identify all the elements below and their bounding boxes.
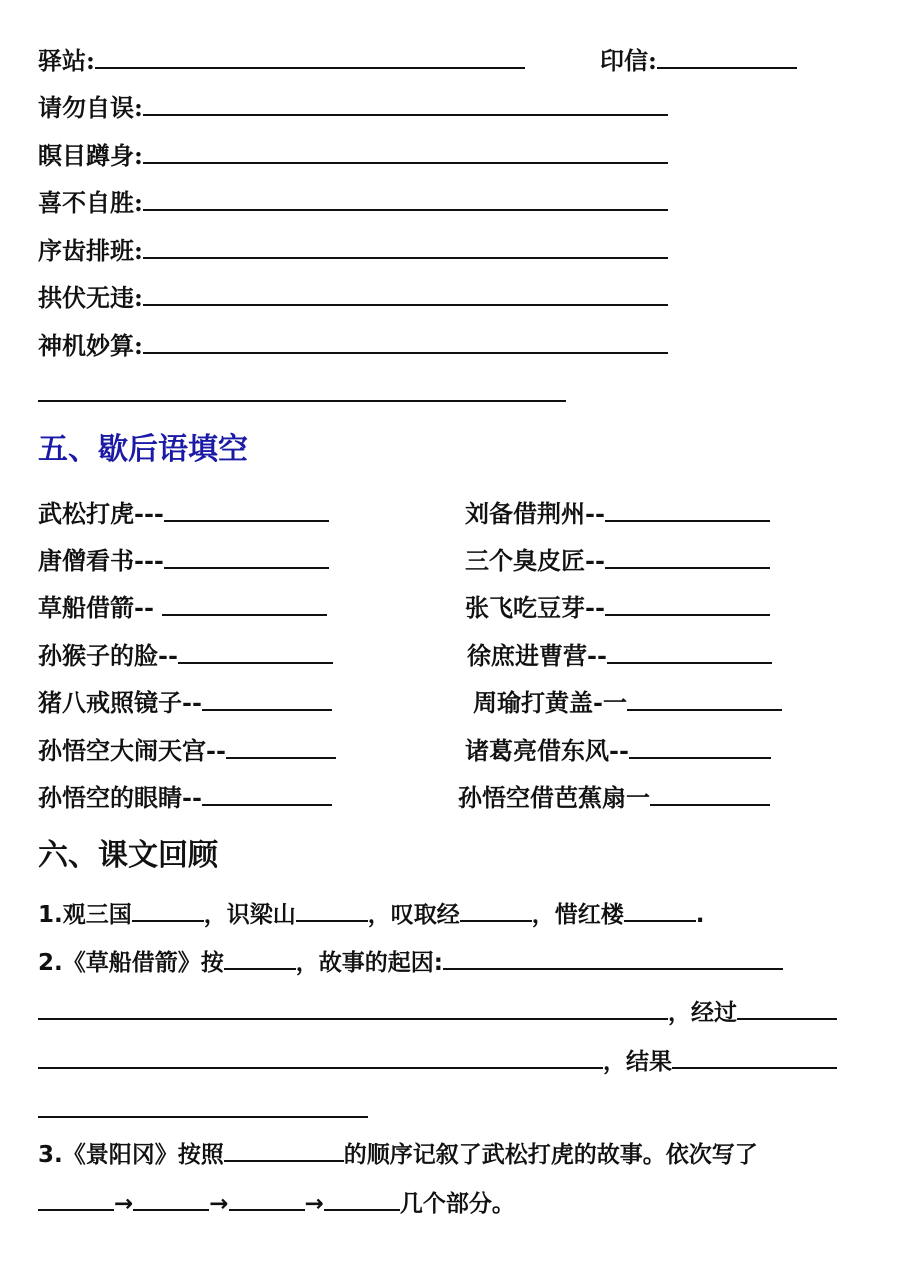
vocab-label: 拱伏无违: <box>38 283 143 312</box>
answer-blank[interactable] <box>38 378 566 402</box>
xiehouyu-item: 草船借箭-- <box>38 592 327 623</box>
answer-blank[interactable] <box>164 498 329 522</box>
vocab-row: 瞑目蹲身: <box>38 140 668 171</box>
answer-blank[interactable] <box>443 946 783 970</box>
arrow-icon: → <box>209 1191 228 1217</box>
xiehouyu-item: 孙悟空大闹天宫-- <box>38 735 336 766</box>
answer-blank[interactable] <box>132 898 204 922</box>
vocab-row-yinxin: 印信: <box>600 45 797 76</box>
answer-blank[interactable] <box>38 1187 114 1211</box>
answer-blank[interactable] <box>224 946 296 970</box>
answer-blank[interactable] <box>38 1045 603 1069</box>
answer-blank[interactable] <box>143 92 668 116</box>
question-3-cont: →→→几个部分。 <box>38 1187 515 1219</box>
vocab-label: 驿站: <box>38 46 95 75</box>
answer-blank[interactable] <box>95 45 525 69</box>
answer-blank[interactable] <box>650 782 770 806</box>
question-1: 1.观三国，识梁山，叹取经，惜红楼. <box>38 898 705 930</box>
item-label: 孙悟空借芭蕉扇一 <box>458 783 650 812</box>
question-2-cont: ，结果 <box>38 1045 837 1077</box>
vocab-row: 喜不自胜: <box>38 187 668 218</box>
section-title-review: 六、课文回顾 <box>38 838 218 874</box>
question-3: 3.《景阳冈》按照的顺序记叙了武松打虎的故事。依次写了 <box>38 1138 758 1170</box>
answer-blank[interactable] <box>38 1094 368 1118</box>
answer-blank[interactable] <box>38 996 668 1020</box>
answer-blank[interactable] <box>226 735 336 759</box>
answer-blank[interactable] <box>737 996 837 1020</box>
answer-blank[interactable] <box>627 687 782 711</box>
answer-blank[interactable] <box>229 1187 305 1211</box>
xiehouyu-item: 武松打虎--- <box>38 498 329 529</box>
answer-blank[interactable] <box>629 735 771 759</box>
q1-text: ，惜红楼 <box>532 902 624 928</box>
item-label: 武松打虎--- <box>38 499 164 528</box>
item-label: 孙猴子的脸-- <box>38 641 178 670</box>
xiehouyu-item: 周瑜打黄盖-一 <box>473 687 782 718</box>
item-label: 张飞吃豆芽-- <box>465 593 605 622</box>
vocab-row: 请勿自误: <box>38 92 668 123</box>
item-label: 孙悟空大闹天宫-- <box>38 736 226 765</box>
xiehouyu-item: 徐庶进曹营-- <box>467 640 772 671</box>
xiehouyu-item: 猪八戒照镜子-- <box>38 687 332 718</box>
arrow-icon: → <box>114 1191 133 1217</box>
answer-blank[interactable] <box>202 687 332 711</box>
answer-blank[interactable] <box>296 898 368 922</box>
vocab-row: 序齿排班: <box>38 235 668 266</box>
q3-text: 的顺序记叙了武松打虎的故事。依次写了 <box>344 1142 758 1168</box>
arrow-icon: → <box>305 1191 324 1217</box>
answer-blank[interactable] <box>657 45 797 69</box>
vocab-label: 瞑目蹲身: <box>38 141 143 170</box>
q2-text: ，经过 <box>668 1000 737 1026</box>
answer-blank[interactable] <box>143 187 668 211</box>
vocab-label: 印信: <box>600 46 657 75</box>
vocab-label: 请勿自误: <box>38 93 143 122</box>
item-label: 三个臭皮匠-- <box>465 546 605 575</box>
question-2: 2.《草船借箭》按，故事的起因: <box>38 946 783 978</box>
item-label: 猪八戒照镜子-- <box>38 688 202 717</box>
vocab-label: 神机妙算: <box>38 331 143 360</box>
answer-blank[interactable] <box>607 640 772 664</box>
item-label: 徐庶进曹营-- <box>467 641 607 670</box>
answer-blank[interactable] <box>143 330 668 354</box>
item-label: 孙悟空的眼睛-- <box>38 783 202 812</box>
xiehouyu-item: 诸葛亮借东风-- <box>465 735 771 766</box>
q2-text: ，故事的起因: <box>296 950 443 976</box>
item-label: 唐僧看书--- <box>38 546 164 575</box>
question-2-cont <box>38 1094 368 1126</box>
answer-blank[interactable] <box>178 640 333 664</box>
answer-blank[interactable] <box>605 545 770 569</box>
q3-text: 几个部分。 <box>400 1191 515 1217</box>
answer-blank[interactable] <box>324 1187 400 1211</box>
answer-blank[interactable] <box>133 1187 209 1211</box>
q3-text: 3.《景阳冈》按照 <box>38 1142 224 1168</box>
answer-blank[interactable] <box>162 592 327 616</box>
xiehouyu-item: 孙猴子的脸-- <box>38 640 333 671</box>
vocab-label: 喜不自胜: <box>38 188 143 217</box>
q1-text: 1.观三国 <box>38 902 132 928</box>
answer-blank[interactable] <box>624 898 696 922</box>
vocab-label: 序齿排班: <box>38 236 143 265</box>
answer-blank[interactable] <box>460 898 532 922</box>
vocab-row: 拱伏无违: <box>38 282 668 313</box>
item-label: 周瑜打黄盖-一 <box>473 688 627 717</box>
xiehouyu-item: 刘备借荆州-- <box>465 498 770 529</box>
answer-blank[interactable] <box>143 235 668 259</box>
answer-blank[interactable] <box>605 592 770 616</box>
vocab-row: 神机妙算: <box>38 330 668 361</box>
question-2-cont: ，经过 <box>38 996 837 1028</box>
xiehouyu-item: 孙悟空的眼睛-- <box>38 782 332 813</box>
q1-text: ，识梁山 <box>204 902 296 928</box>
answer-blank[interactable] <box>224 1138 344 1162</box>
section-title-xiehouyu: 五、歇后语填空 <box>38 432 248 468</box>
xiehouyu-item: 唐僧看书--- <box>38 545 329 576</box>
answer-blank[interactable] <box>143 282 668 306</box>
item-label: 诸葛亮借东风-- <box>465 736 629 765</box>
xiehouyu-item: 三个臭皮匠-- <box>465 545 770 576</box>
answer-blank[interactable] <box>202 782 332 806</box>
q1-text: . <box>696 902 705 928</box>
answer-blank[interactable] <box>143 140 668 164</box>
answer-blank[interactable] <box>672 1045 837 1069</box>
xiehouyu-item: 张飞吃豆芽-- <box>465 592 770 623</box>
q2-text: 2.《草船借箭》按 <box>38 950 224 976</box>
answer-blank[interactable] <box>164 545 329 569</box>
item-label: 草船借箭-- <box>38 593 162 622</box>
answer-blank[interactable] <box>605 498 770 522</box>
vocab-extra-row <box>38 378 566 409</box>
q2-text: ，结果 <box>603 1049 672 1075</box>
xiehouyu-item: 孙悟空借芭蕉扇一 <box>458 782 770 813</box>
q1-text: ，叹取经 <box>368 902 460 928</box>
vocab-row-yizhan: 驿站: <box>38 45 525 76</box>
item-label: 刘备借荆州-- <box>465 499 605 528</box>
